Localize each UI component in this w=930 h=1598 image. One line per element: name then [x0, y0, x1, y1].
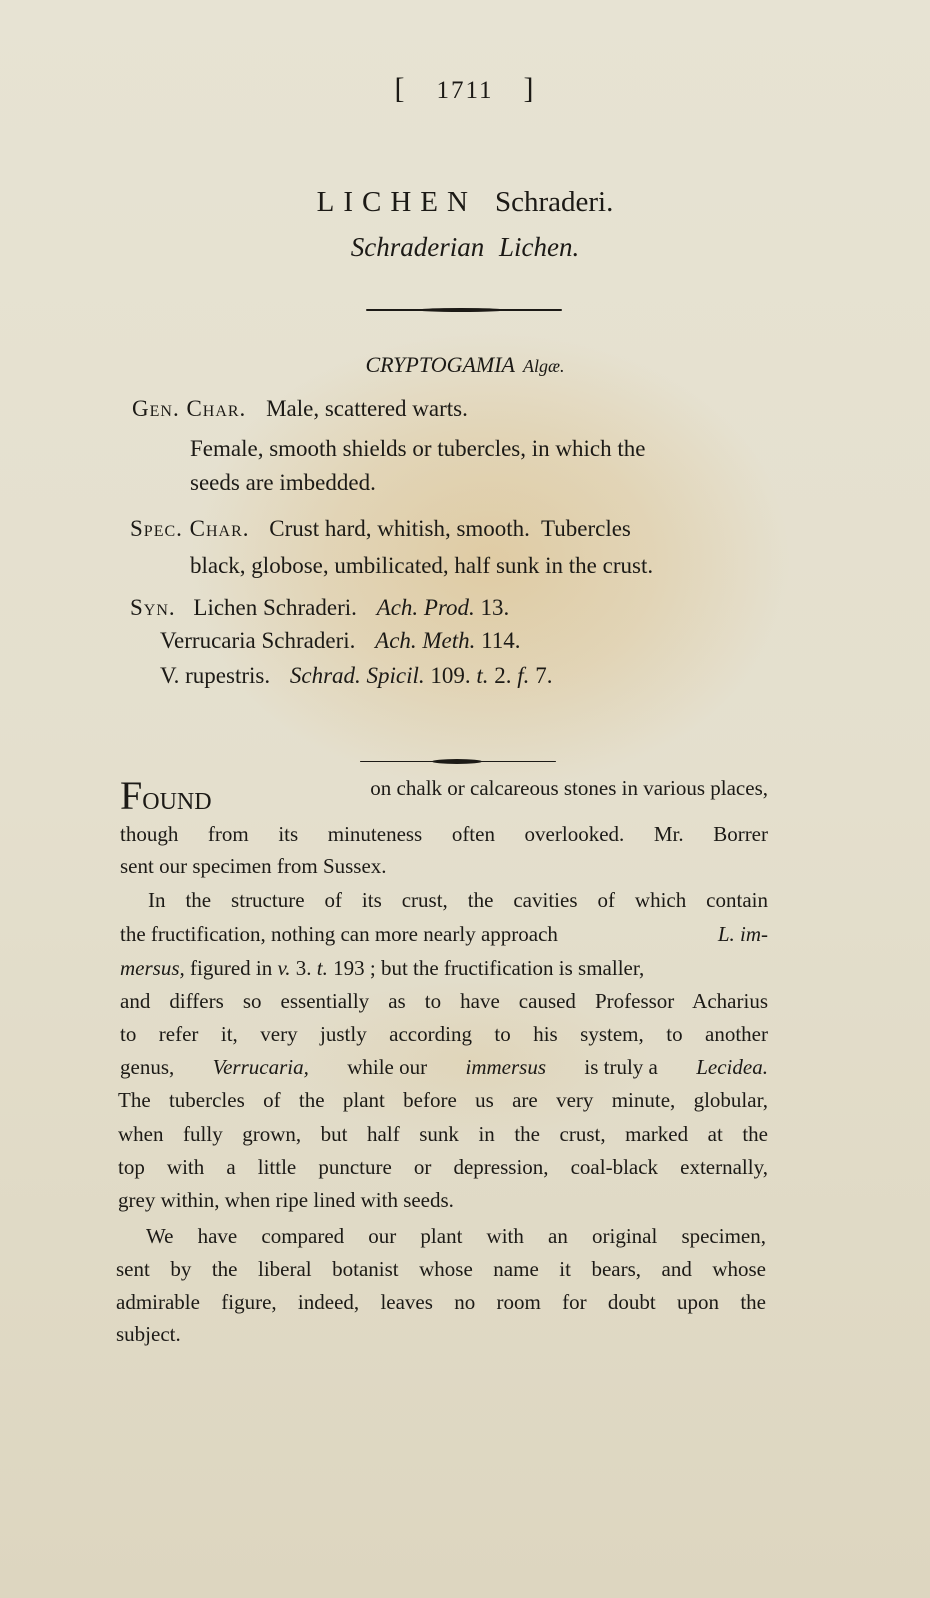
title-species: Schraderi.	[495, 186, 613, 218]
para1-line-1-text: on chalk or calcareous stones in various…	[370, 776, 768, 816]
para2-line-7: The tubercles of the plant before us are…	[118, 1088, 768, 1113]
page-number-value: 1711	[436, 77, 493, 104]
volume-abbrev: v.	[278, 956, 291, 980]
figure-number: 7.	[535, 663, 552, 688]
para2-line-10: grey within, when ripe lined with seeds.	[118, 1188, 454, 1213]
text: 3.	[291, 956, 317, 980]
species-title: LICHENSchraderi.	[0, 186, 930, 219]
spec-char-text-1: Crust hard, whitish, smooth. Tubercles	[269, 516, 631, 541]
gen-char-label: Gen. Char.	[132, 396, 246, 421]
synonym-page: 109.	[430, 663, 470, 688]
gen-char-line-2: Female, smooth shields or tubercles, in …	[190, 436, 645, 462]
para2-line-1: In the structure of its crust, the cavit…	[148, 888, 768, 913]
text: is truly a	[579, 1055, 663, 1080]
para2-line-5: to refer it, very justly according to hi…	[120, 1022, 768, 1047]
synonym-name: Verrucaria Schraderi.	[160, 628, 355, 653]
para2-line-2-text: the fructification, nothing can more nea…	[120, 922, 563, 947]
common-name: Schraderian Lichen.	[0, 232, 930, 263]
italic-taxon: immersus	[465, 1055, 546, 1080]
plate-number: 2.	[494, 663, 511, 688]
plate-abbrev: t.	[317, 956, 328, 980]
synonym-3: V. rupestris. Schrad. Spicil. 109. t. 2.…	[160, 663, 552, 689]
para2-line-8: when fully grown, but half sunk in the c…	[118, 1122, 768, 1147]
title-genus: LICHEN	[317, 186, 477, 218]
synonym-page: 114.	[481, 628, 520, 653]
ornamental-rule-bottom	[360, 761, 556, 762]
spec-char-label: Spec. Char.	[130, 516, 250, 541]
para3-line-3: admirable figure, indeed, leaves no room…	[116, 1290, 766, 1315]
synonym-2: Verrucaria Schraderi. Ach. Meth. 114.	[160, 628, 521, 654]
synonym-reference: Ach. Meth.	[375, 628, 475, 653]
classification: CRYPTOGAMIAAlgæ.	[0, 352, 930, 378]
small-caps-word: OUND	[142, 789, 211, 815]
italic-taxon: Verrucaria,	[213, 1055, 309, 1080]
synonym-1: Syn. Lichen Schraderi. Ach. Prod. 13.	[130, 595, 509, 621]
para1-line-2: though from its minuteness often overloo…	[120, 822, 768, 847]
gen-char-line-3: seeds are imbedded.	[190, 470, 376, 496]
figure-abbrev: f.	[517, 663, 529, 688]
synonym-name: Lichen Schraderi.	[193, 595, 356, 620]
synonyms-label: Syn.	[130, 595, 176, 620]
gen-char-line-1: Gen. Char. Male, scattered warts.	[132, 396, 468, 422]
synonym-name: V. rupestris.	[160, 663, 270, 688]
ornamental-rule-top	[366, 309, 562, 311]
para2-line-2: the fructification, nothing can more nea…	[120, 922, 768, 947]
right-bracket: ]	[524, 72, 536, 106]
synonym-page: 13.	[481, 595, 510, 620]
page-number: [1711]	[0, 72, 930, 106]
order-name: Algæ.	[523, 356, 565, 376]
text: figured in	[185, 956, 278, 980]
italic-taxon: mersus,	[120, 956, 185, 980]
synonym-reference: Schrad. Spicil.	[290, 663, 425, 688]
text: genus,	[120, 1055, 180, 1080]
italic-taxon: Lecidea.	[696, 1055, 768, 1080]
class-name: CRYPTOGAMIA	[365, 352, 515, 377]
para3-line-1: We have compared our plant with an origi…	[146, 1224, 766, 1249]
italic-taxon: L. im-	[718, 922, 768, 947]
spec-char-line-1: Spec. Char. Crust hard, whitish, smooth.…	[130, 516, 631, 542]
text: while our	[342, 1055, 432, 1080]
para2-line-3: mersus, figured in v. 3. t. 193 ; but th…	[120, 956, 644, 981]
text: 193 ; but the fructification is smaller,	[328, 956, 644, 980]
para1-line-3: sent our specimen from Sussex.	[120, 854, 387, 879]
para2-line-4: and differs so essentially as to have ca…	[120, 989, 768, 1014]
gen-char-text-1: Male, scattered warts.	[266, 396, 468, 421]
plate-abbrev: t.	[476, 663, 488, 688]
synonym-reference: Ach. Prod.	[377, 595, 475, 620]
book-page: [1711] LICHENSchraderi. Schraderian Lich…	[0, 0, 930, 1598]
spec-char-line-2: black, globose, umbilicated, half sunk i…	[190, 553, 653, 579]
drop-cap: F	[120, 773, 142, 818]
left-bracket: [	[394, 72, 406, 106]
para2-line-9: top with a little puncture or depression…	[118, 1155, 768, 1180]
para2-line-6: genus, Verrucaria, while our immersus is…	[120, 1055, 768, 1080]
para3-line-2: sent by the liberal botanist whose name …	[116, 1257, 766, 1282]
para1-line-1: FOUND on chalk or calcareous stones in v…	[120, 776, 768, 816]
para3-line-4: subject.	[116, 1322, 181, 1347]
